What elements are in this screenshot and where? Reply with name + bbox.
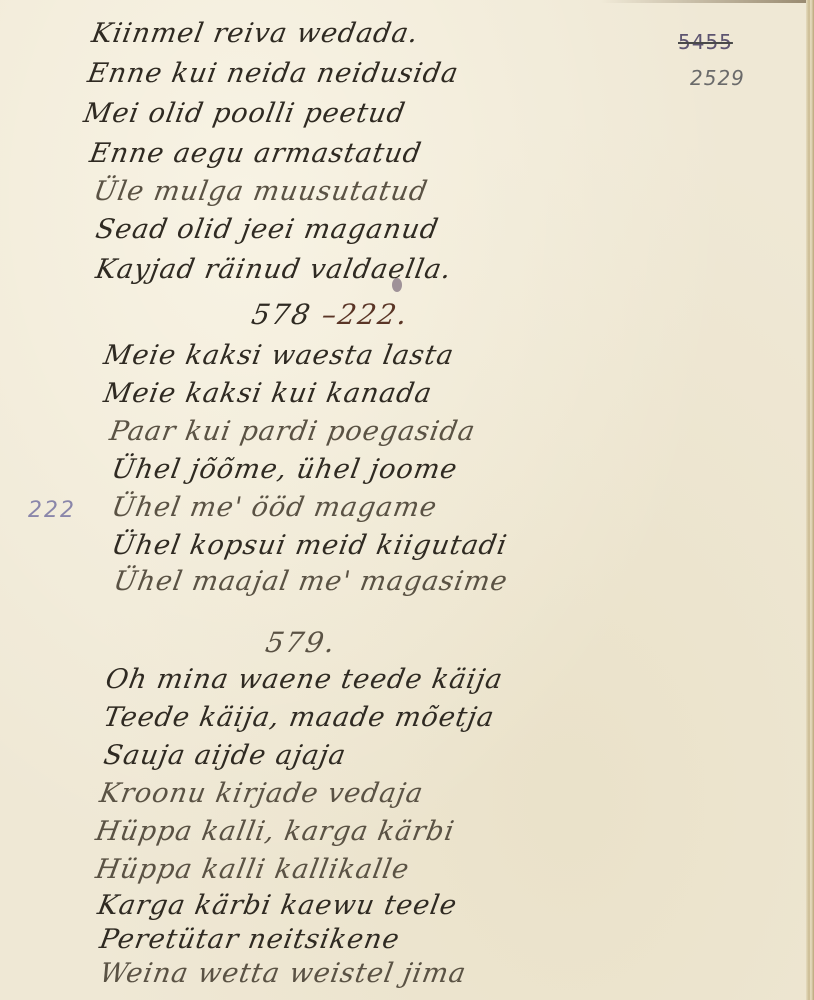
ink-blot (392, 278, 402, 292)
verse-line: Hüppa kalli kallikalle (93, 854, 412, 885)
verse-line: Ühel me' ööd magame (109, 492, 439, 523)
verse-line: Oh mina waene teede käija (103, 664, 505, 695)
verse-line: Ühel maajal me' magasime (111, 566, 510, 597)
page-edge-right (806, 0, 814, 1000)
verse-line: Kiinmel reiva wedada. (89, 18, 421, 49)
song-number-heading: 579. (263, 626, 339, 659)
song-number: 578 (249, 298, 314, 331)
song-alt-number: 222. (335, 298, 411, 331)
verse-line: Hüppa kalli, karga kärbi (93, 816, 457, 847)
verse-line: Karga kärbi kaewu teele (95, 890, 459, 921)
song-number-heading: 578 –222. (249, 298, 412, 331)
verse-line: Meie kaksi kui kanada (101, 378, 434, 409)
verse-line: Ühel kopsui meid kiigutadi (109, 530, 509, 561)
archive-number-struck: 5455 (678, 30, 733, 54)
manuscript-page: 5455 2529 222 Kiinmel reiva wedada. Enne… (0, 0, 814, 1000)
verse-line: Mei olid poolli peetud (81, 98, 408, 129)
verse-line: Sead olid jeei maganud (93, 214, 441, 245)
verse-line: Sauja aijde ajaja (101, 740, 348, 771)
verse-line: Meie kaksi waesta lasta (101, 340, 456, 371)
page-edge-shadow (600, 0, 814, 3)
verse-line: Enne kui neida neidusida (85, 58, 461, 89)
verse-line: Paar kui pardi poegasida (107, 416, 478, 447)
verse-line: Weina wetta weistel jima (97, 958, 469, 989)
verse-line: Enne aegu armastatud (87, 138, 424, 169)
verse-line: Ühel jõõme, ühel joome (109, 454, 460, 485)
verse-line: Peretütar neitsikene (97, 924, 402, 955)
verse-line: Kroonu kirjade vedaja (97, 778, 426, 809)
verse-line: Üle mulga muusutatud (91, 176, 430, 207)
verse-line: Teede käija, maade mõetja (101, 702, 497, 733)
archive-number-current: 2529 (690, 66, 745, 90)
margin-note: 222 (28, 498, 76, 523)
